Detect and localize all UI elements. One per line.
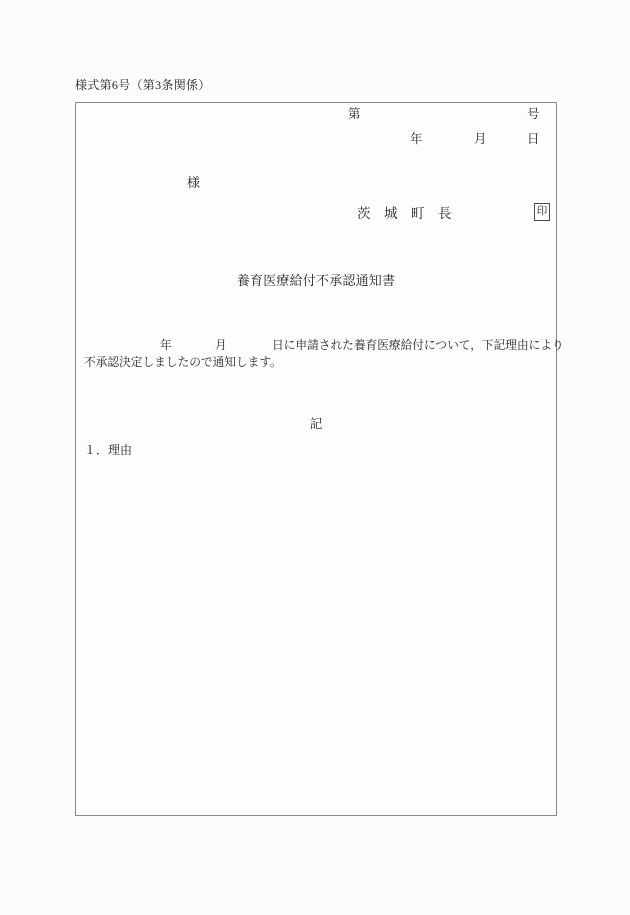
document-page: 様式第6号（第3条関係） 第 号 年 月 日 様 茨 城 町 長 印 養育医療給… <box>0 0 630 915</box>
seal-placeholder-box: 印 <box>534 203 550 221</box>
date-month-label: 月 <box>474 132 487 146</box>
body-text-line2: 不承認決定しましたので通知します。 <box>84 356 282 369</box>
date-day-label: 日 <box>527 132 540 146</box>
record-heading: 記 <box>76 417 556 431</box>
body-text-line1: 日に申請された養育医療給付について，下記理由により <box>272 339 564 352</box>
document-title: 養育医療給付不承認通知書 <box>76 274 556 289</box>
addressee-suffix-label: 様 <box>187 176 200 191</box>
doc-number-suffix-label: 号 <box>527 107 540 121</box>
body-blank-year-label: 年 <box>160 339 172 352</box>
sender-title: 茨 城 町 長 <box>357 206 452 222</box>
document-frame: 第 号 年 月 日 様 茨 城 町 長 印 養育医療給付不承認通知書 年 月 日… <box>75 102 557 816</box>
body-blank-month-label: 月 <box>215 339 227 352</box>
doc-number-prefix-label: 第 <box>348 107 361 121</box>
reason-item-label: １．理由 <box>84 444 132 458</box>
seal-mark: 印 <box>537 207 548 218</box>
form-number-label: 様式第6号（第3条関係） <box>75 79 211 93</box>
date-year-label: 年 <box>410 132 423 146</box>
